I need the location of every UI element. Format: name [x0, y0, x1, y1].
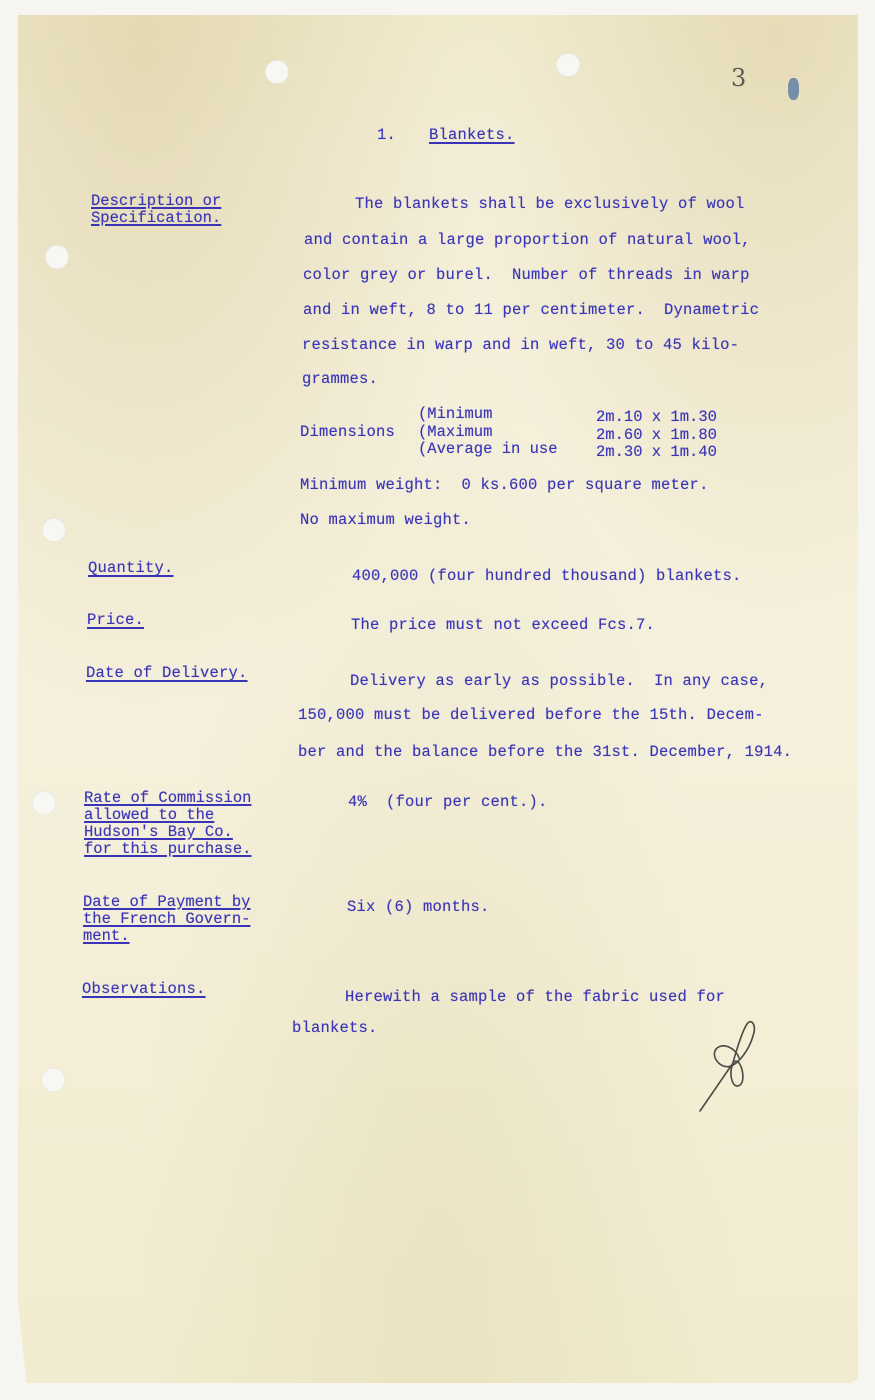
punch-hole [32, 791, 56, 815]
payment-value: Six (6) months. [347, 899, 490, 916]
label-price: Price. [87, 612, 144, 629]
dimension-value: 2m.60 x 1m.80 [596, 427, 717, 445]
dimension-value: 2m.30 x 1m.40 [596, 444, 717, 462]
description-line: color grey or burel. Number of threads i… [303, 267, 750, 284]
label-payment: Date of Payment by the French Govern- me… [83, 894, 250, 945]
dimension-value: 2m.10 x 1m.30 [596, 409, 717, 427]
description-line: The blankets shall be exclusively of woo… [355, 196, 745, 213]
label-line: Date of Payment by [83, 894, 250, 911]
quantity-value: 400,000 (four hundred thousand) blankets… [352, 568, 742, 585]
dimension-name: (Average in use [418, 441, 558, 459]
punch-hole [42, 518, 66, 542]
punch-hole [556, 53, 580, 77]
dimensions-label: Dimensions [300, 424, 395, 441]
commission-value: 4% (four per cent.). [348, 794, 548, 811]
label-line: Description or [91, 193, 221, 210]
description-line: resistance in warp and in weft, 30 to 45… [302, 337, 739, 354]
pencil-mark [788, 78, 799, 100]
description-line: and contain a large proportion of natura… [304, 232, 751, 249]
label-quantity: Quantity. [88, 560, 174, 577]
delivery-line: 150,000 must be delivered before the 15t… [298, 707, 764, 724]
description-line: grammes. [302, 371, 378, 388]
label-line: Specification. [91, 210, 221, 227]
label-observations: Observations. [82, 981, 206, 998]
punch-hole [265, 60, 289, 84]
label-line: the French Govern- [83, 911, 250, 928]
label-line: allowed to the [84, 807, 251, 824]
description-line: and in weft, 8 to 11 per centimeter. Dyn… [303, 302, 759, 319]
title-number: 1. [377, 127, 396, 144]
dimension-name: (Minimum [418, 406, 558, 424]
observations-line: Herewith a sample of the fabric used for [345, 989, 725, 1006]
dimension-name: (Maximum [418, 424, 558, 442]
label-line: Hudson's Bay Co. [84, 824, 251, 841]
minimum-weight: Minimum weight: 0 ks.600 per square mete… [300, 477, 709, 494]
observations-line: blankets. [292, 1020, 378, 1037]
delivery-line: ber and the balance before the 31st. Dec… [298, 744, 792, 761]
signature-initials-icon [695, 1018, 765, 1118]
label-line: for this purchase. [84, 841, 251, 858]
maximum-weight: No maximum weight. [300, 512, 471, 529]
page-number: 3 [731, 64, 746, 92]
page-title: Blankets. [429, 127, 515, 144]
label-description: Description or Specification. [91, 193, 221, 227]
punch-hole [41, 1068, 65, 1092]
label-line: ment. [83, 928, 250, 945]
label-delivery: Date of Delivery. [86, 665, 248, 682]
punch-hole [45, 245, 69, 269]
label-commission: Rate of Commission allowed to the Hudson… [84, 790, 251, 858]
dimensions-values: 2m.10 x 1m.30 2m.60 x 1m.80 2m.30 x 1m.4… [596, 409, 717, 462]
delivery-line: Delivery as early as possible. In any ca… [350, 673, 768, 690]
label-line: Rate of Commission [84, 790, 251, 807]
dimensions-names: (Minimum (Maximum (Average in use [418, 406, 558, 459]
price-value: The price must not exceed Fcs.7. [351, 617, 655, 634]
